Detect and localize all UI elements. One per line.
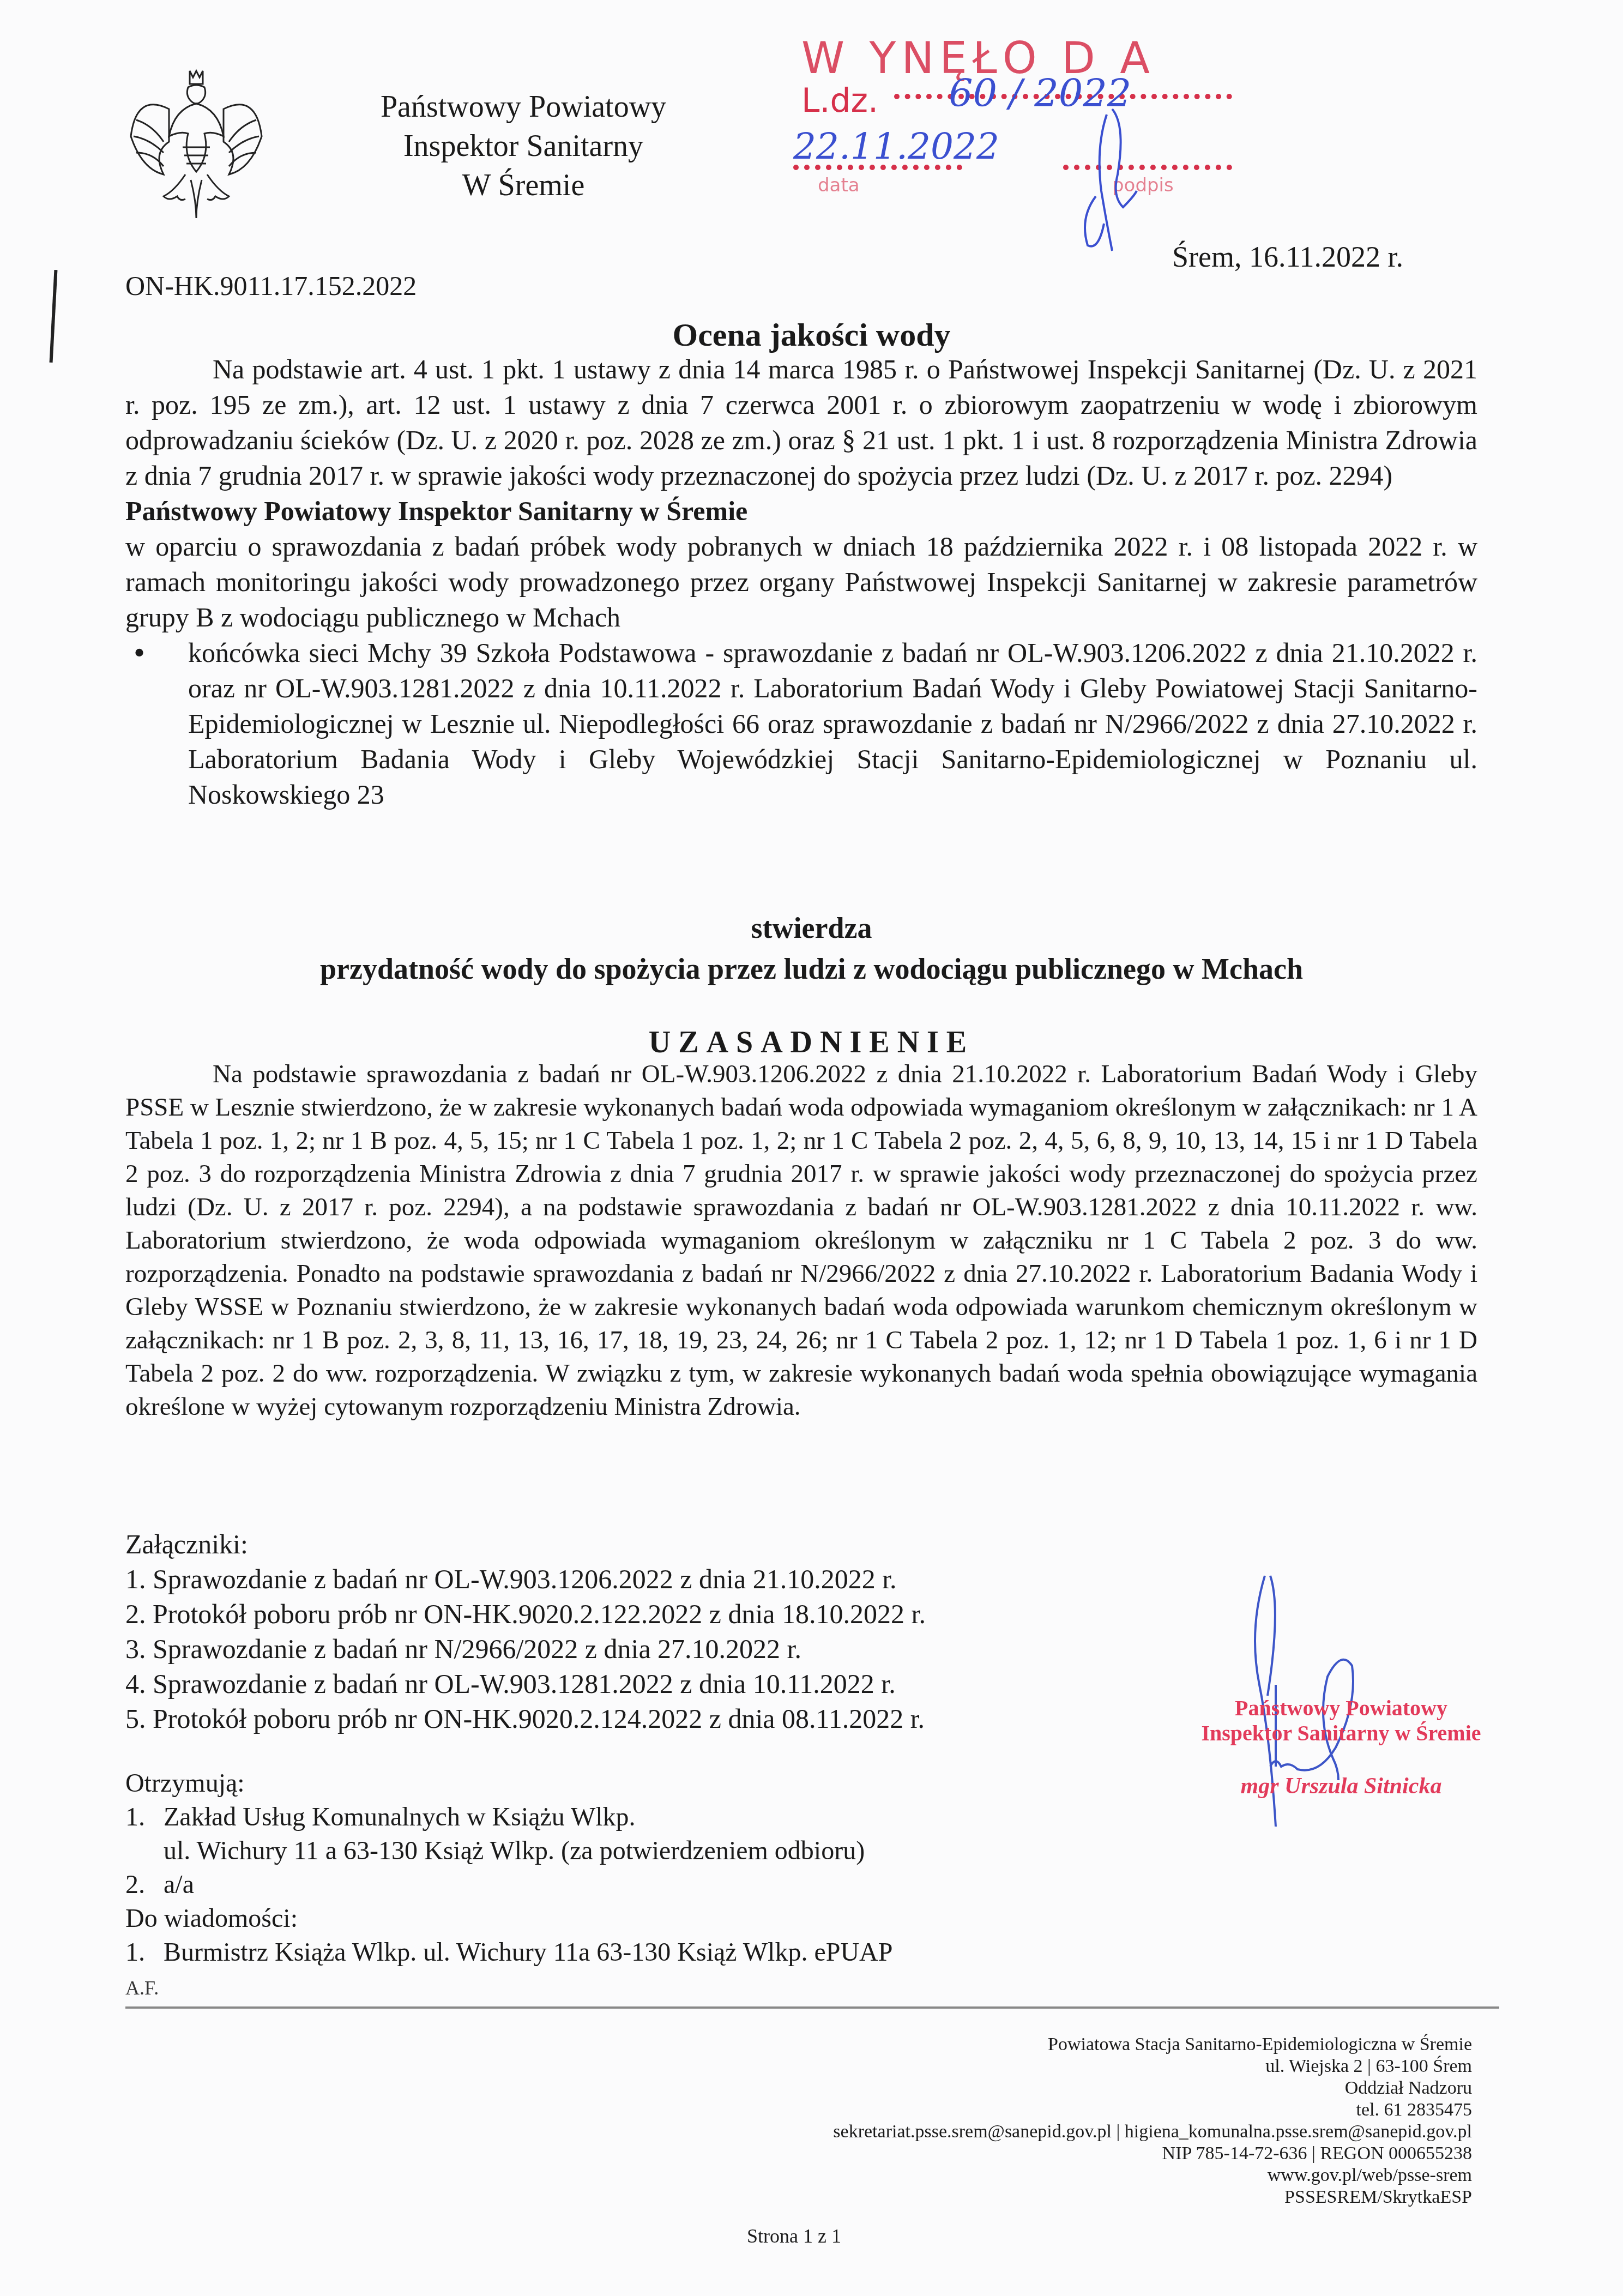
polish-eagle-emblem-icon (125, 65, 267, 224)
attachment-item: 4. Sprawozdanie z badań nr OL-W.903.1281… (125, 1666, 926, 1701)
verdict-text: przydatność wody do spożycia przez ludzi… (0, 949, 1623, 990)
author-initials: A.F. (125, 1976, 159, 1999)
cc-item: 1.Burmistrz Książa Wlkp. ul. Wichury 11a… (125, 1936, 892, 1969)
signatory-name: mgr Urszula Sitnicka (1156, 1773, 1527, 1799)
date-dotted-line (793, 165, 962, 170)
cc-name: Burmistrz Książa Wlkp. ul. Wichury 11a 6… (164, 1938, 892, 1967)
sampling-point-item: końcówka sieci Mchy 39 Szkoła Podstawowa… (188, 635, 1477, 812)
cc-number: 1. (125, 1936, 164, 1969)
ldz-label: L.dz. (801, 82, 878, 120)
institution-name: Państwowy Powiatowy Inspektor Sanitarny … (349, 87, 698, 205)
date-label: data (818, 174, 860, 196)
recipient-name: a/a (164, 1870, 194, 1899)
legal-basis-paragraph: Na podstawie art. 4 ust. 1 pkt. 1 ustawy… (125, 352, 1477, 493)
handwritten-receipt-date: 22.11.2022 (793, 125, 999, 167)
recipients-section: Otrzymują: 1.Zakład Usług Komunalnych w … (125, 1767, 892, 1969)
attachment-item: 3. Sprawozdanie z badań nr N/2966/2022 z… (125, 1631, 926, 1666)
institution-line-2: Inspektor Sanitarny (349, 126, 698, 166)
institution-line-3: W Śremie (349, 166, 698, 205)
footer-phone: tel. 61 2835475 (709, 2099, 1472, 2121)
attachment-item: 1. Sprawozdanie z badań nr OL-W.903.1206… (125, 1562, 926, 1596)
sampling-points-list: końcówka sieci Mchy 39 Szkoła Podstawowa… (125, 635, 1477, 812)
justification-paragraph: Na podstawie sprawozdania z badań nr OL-… (125, 1058, 1477, 1424)
footer-institution: Powiatowa Stacja Sanitarno-Epidemiologic… (709, 2034, 1472, 2056)
recipient-number: 1. (125, 1800, 164, 1834)
footer-epuap-box: PSSESREM/SkrytkaESP (709, 2186, 1472, 2208)
recipient-number: 2. (125, 1868, 164, 1902)
attachment-item: 5. Protokół poboru prób nr ON-HK.9020.2.… (125, 1701, 926, 1736)
recipient-item: 1.Zakład Usług Komunalnych w Książu Wlkp… (125, 1800, 892, 1834)
footer-website-link[interactable]: www.gov.pl/web/psse-srem (709, 2165, 1472, 2186)
reference-number: ON-HK.9011.17.152.2022 (125, 270, 417, 302)
cc-heading: Do wiadomości: (125, 1902, 892, 1936)
verdict-verb: stwierdza (0, 908, 1623, 949)
place-and-date: Śrem, 16.11.2022 r. (1172, 240, 1403, 274)
footer-emails[interactable]: sekretariat.psse.srem@sanepid.gov.pl | h… (709, 2121, 1472, 2143)
recipient-name: Zakład Usług Komunalnych w Książu Wlkp. (164, 1803, 636, 1831)
attachment-item: 2. Protokół poboru prób nr ON-HK.9020.2.… (125, 1596, 926, 1631)
seal-line-2: Inspektor Sanitarny w Śremie (1156, 1721, 1527, 1746)
basis-reports-paragraph: w oparciu o sprawozdania z badań próbek … (125, 529, 1477, 635)
legal-basis-section: Na podstawie art. 4 ust. 1 pkt. 1 ustawy… (125, 352, 1477, 812)
justification-heading: UZASADNIENIE (0, 1025, 1623, 1060)
official-seal: Państwowy Powiatowy Inspektor Sanitarny … (1156, 1696, 1527, 1799)
institution-line-1: Państwowy Powiatowy (349, 87, 698, 126)
footer-department: Oddział Nadzoru (709, 2077, 1472, 2099)
footer-tax-ids: NIP 785-14-72-636 | REGON 000655238 (709, 2143, 1472, 2165)
document-title: Ocena jakości wody (0, 316, 1623, 354)
footer-contact: Powiatowa Stacja Sanitarno-Epidemiologic… (709, 2034, 1472, 2208)
footer-address: ul. Wiejska 2 | 63-100 Śrem (709, 2056, 1472, 2077)
authority-name: Państwowy Powiatowy Inspektor Sanitarny … (125, 493, 1477, 529)
recipients-heading: Otrzymują: (125, 1767, 892, 1800)
justification-section: Na podstawie sprawozdania z badań nr OL-… (125, 1058, 1477, 1424)
verdict-block: stwierdza przydatność wody do spożycia p… (0, 908, 1623, 990)
attachments-heading: Załączniki: (125, 1527, 926, 1562)
page-number: Strona 1 z 1 (747, 2225, 841, 2247)
attachments-section: Załączniki: 1. Sprawozdanie z badań nr O… (125, 1527, 926, 1736)
footer-divider (125, 2006, 1499, 2009)
handwritten-initials-icon (1074, 104, 1150, 256)
recipient-address: ul. Wichury 11 a 63-130 Książ Wlkp. (za … (125, 1834, 892, 1868)
seal-line-1: Państwowy Powiatowy (1156, 1696, 1527, 1721)
recipient-item: 2.a/a (125, 1868, 892, 1902)
